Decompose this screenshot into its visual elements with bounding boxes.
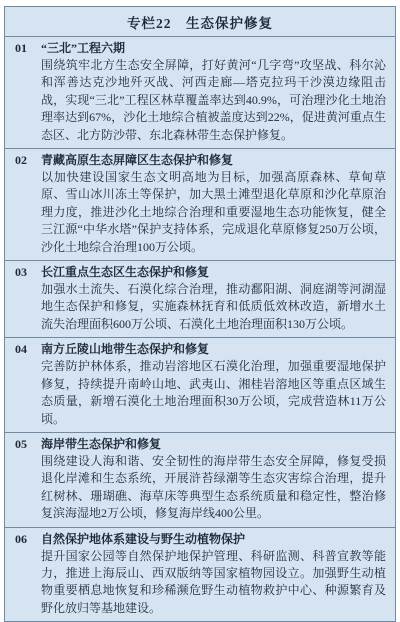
item-body: 完善防护林体系，推动岩溶地区石漠化治理，加强重要湿地保护修复，持续提升南岭山地、… [41, 358, 386, 428]
item-content: “三北”工程六期 围绕筑牢北方生态安全屏障，打好黄河“几字弯”攻坚战、科尔沁和浑… [41, 40, 395, 144]
item-number: 04 [5, 341, 41, 428]
item-number: 06 [5, 531, 41, 618]
item-heading: 青藏高原生态屏障区生态保护和修复 [41, 152, 386, 169]
item-body: 围绕建设人海和谐、安全韧性的海岸带生态安全屏障，修复受损退化岸滩和生态系统，开展… [41, 453, 386, 523]
item-content: 青藏高原生态屏障区生态保护和修复 以加快建设国家生态文明高地为目标，加强高原森林… [41, 152, 395, 256]
item-content: 自然保护地体系建设与野生动植物保护 提升国家公园等自然保护地保护管理、科研监测、… [41, 531, 395, 618]
item-heading: 自然保护地体系建设与野生动植物保护 [41, 531, 386, 548]
item-content: 南方丘陵山地带生态保护和修复 完善防护林体系，推动岩溶地区石漠化治理，加强重要湿… [41, 341, 395, 428]
item-number: 01 [5, 40, 41, 144]
column-panel: 专栏22 生态保护修复 01 “三北”工程六期 围绕筑牢北方生态安全屏障，打好黄… [4, 6, 396, 622]
list-item: 05 海岸带生态保护和修复 围绕建设人海和谐、安全韧性的海岸带生态安全屏障，修复… [5, 432, 395, 527]
item-heading: 海岸带生态保护和修复 [41, 436, 386, 453]
panel-items: 01 “三北”工程六期 围绕筑牢北方生态安全屏障，打好黄河“几字弯”攻坚战、科尔… [5, 37, 395, 621]
item-body: 围绕筑牢北方生态安全屏障，打好黄河“几字弯”攻坚战、科尔沁和浑善达克沙地歼灭战、… [41, 57, 386, 144]
list-item: 03 长江重点生态区生态保护和修复 加强水土流失、石漠化综合治理，推动鄱阳湖、洞… [5, 260, 395, 337]
item-body: 以加快建设国家生态文明高地为目标，加强高原森林、草甸草原、雪山冰川冻土等保护，加… [41, 169, 386, 256]
item-number: 05 [5, 436, 41, 523]
item-number: 02 [5, 152, 41, 256]
item-body: 提升国家公园等自然保护地保护管理、科研监测、科普宣教等能力，推进上海辰山、西双版… [41, 548, 386, 618]
item-content: 海岸带生态保护和修复 围绕建设人海和谐、安全韧性的海岸带生态安全屏障，修复受损退… [41, 436, 395, 523]
item-heading: 南方丘陵山地带生态保护和修复 [41, 341, 386, 358]
item-number: 03 [5, 264, 41, 333]
item-content: 长江重点生态区生态保护和修复 加强水土流失、石漠化综合治理，推动鄱阳湖、洞庭湖等… [41, 264, 395, 333]
list-item: 02 青藏高原生态屏障区生态保护和修复 以加快建设国家生态文明高地为目标，加强高… [5, 148, 395, 260]
list-item: 01 “三北”工程六期 围绕筑牢北方生态安全屏障，打好黄河“几字弯”攻坚战、科尔… [5, 37, 395, 148]
list-item: 04 南方丘陵山地带生态保护和修复 完善防护林体系，推动岩溶地区石漠化治理，加强… [5, 337, 395, 432]
panel-title: 专栏22 生态保护修复 [5, 7, 395, 37]
item-heading: 长江重点生态区生态保护和修复 [41, 264, 386, 281]
item-body: 加强水土流失、石漠化综合治理，推动鄱阳湖、洞庭湖等河湖湿地生态保护和修复，实施森… [41, 281, 386, 333]
item-heading: “三北”工程六期 [41, 40, 386, 57]
